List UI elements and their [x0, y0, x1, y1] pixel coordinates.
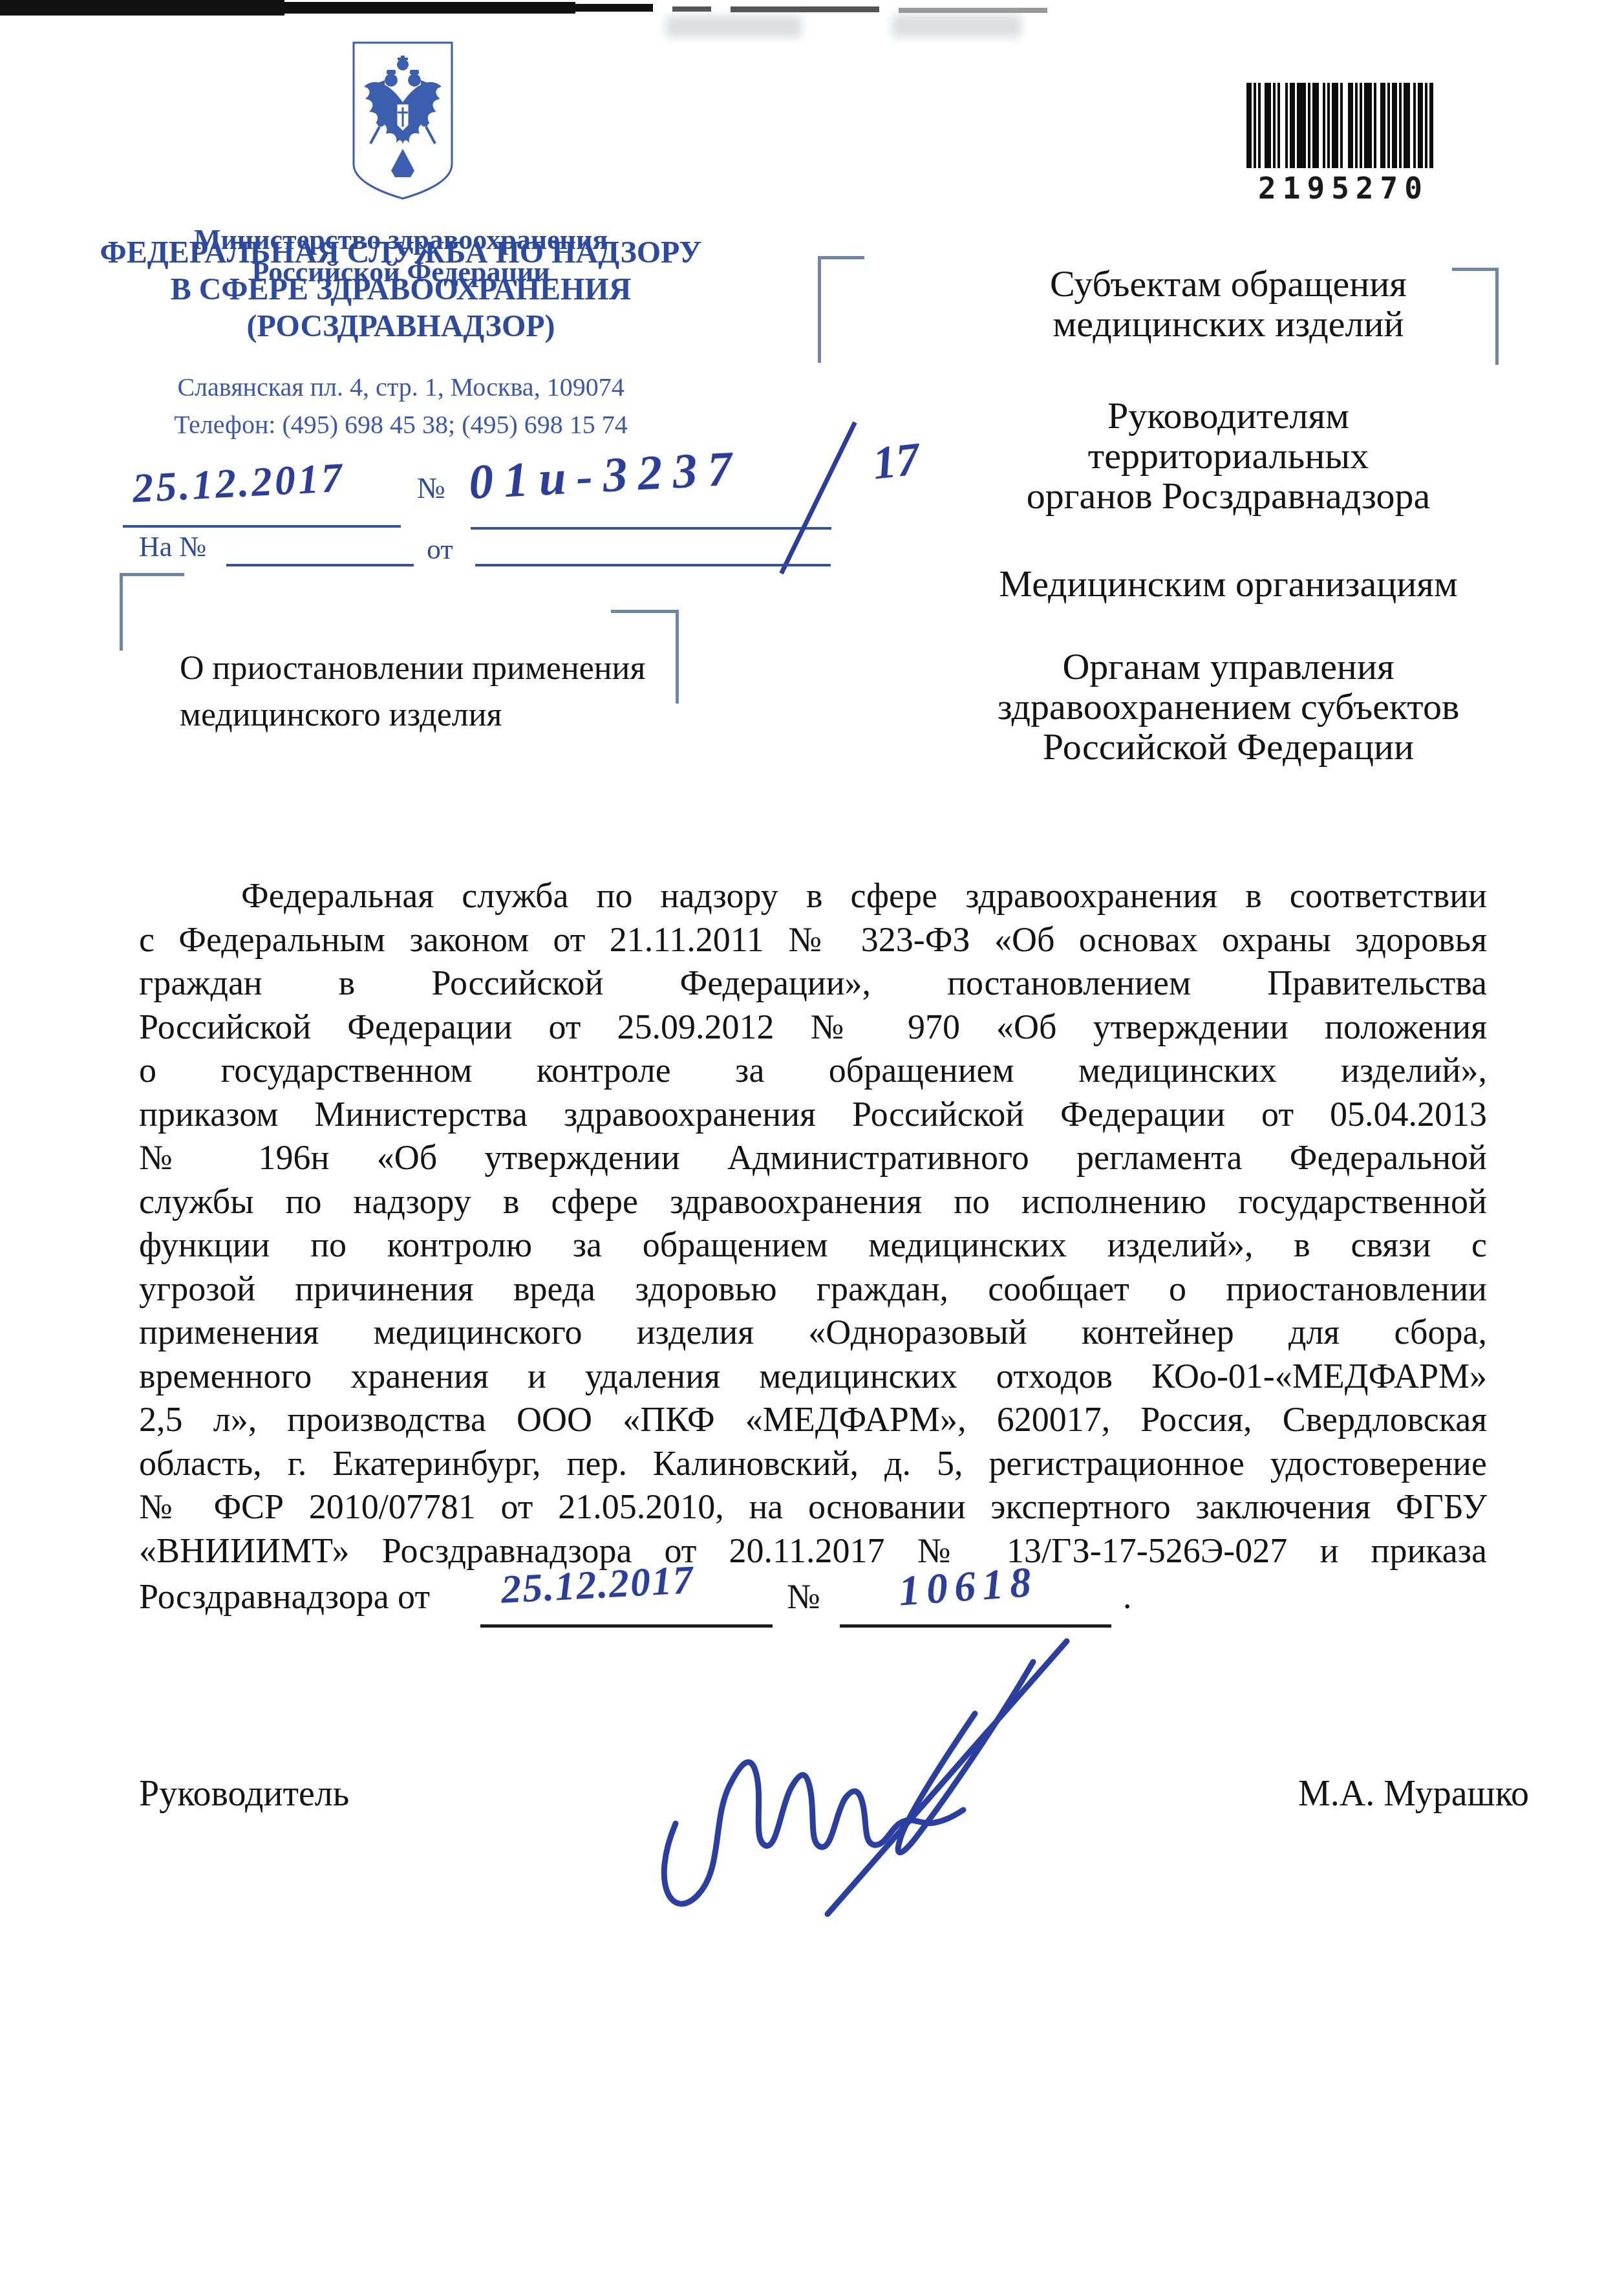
scan-artifact-bar — [0, 0, 284, 16]
addressee-line: Органам управления — [905, 647, 1552, 687]
barcode-bar — [1429, 83, 1433, 168]
barcode-gap — [1280, 83, 1285, 168]
na-no-underline — [226, 564, 414, 566]
service-line: В СФЕРЕ ЗДРАВООХРАНЕНИЯ — [97, 271, 705, 308]
addressee-line: Российской Федерации — [905, 727, 1552, 767]
addressee-line: Медицинским организациям — [905, 564, 1552, 604]
ot-label: от — [427, 533, 453, 566]
barcode-bar — [1348, 83, 1353, 168]
scan-artifact-smudge — [666, 16, 802, 38]
body-line: угрозой причинения вреда здоровью гражда… — [139, 1267, 1487, 1311]
order-number-underline — [840, 1624, 1111, 1628]
addressee-line: Субъектам обращения — [905, 264, 1552, 304]
addressee-bracket-left-icon — [818, 256, 864, 259]
coat-of-arms-emblem — [351, 40, 454, 202]
barcode-bar — [1404, 83, 1410, 168]
barcode-bar — [1380, 83, 1385, 168]
barcode-bar — [1332, 83, 1338, 168]
barcode-bar — [1265, 83, 1271, 168]
addressee-line: территориальных — [905, 436, 1552, 476]
body-line: граждан в Российской Федерации», постано… — [139, 962, 1487, 1006]
body-line: № 196н «Об утверждении Административного… — [139, 1136, 1487, 1180]
handwritten-slash — [779, 422, 857, 575]
scan-artifact-smudge — [892, 14, 1021, 38]
addressee-group: Медицинским организациям — [905, 564, 1552, 604]
order-date-underline — [480, 1624, 773, 1628]
ot-underline — [475, 564, 831, 566]
barcode-bars — [1246, 83, 1433, 168]
service-name: ФЕДЕРАЛЬНАЯ СЛУЖБА ПО НАДЗОРУ В СФЕРЕ ЗД… — [97, 234, 705, 345]
body-line: приказом Министерства здравоохранения Ро… — [139, 1093, 1487, 1137]
body-line: применения медицинского изделия «Однораз… — [139, 1311, 1487, 1355]
body-line: службы по надзору в сфере здравоохранени… — [139, 1180, 1487, 1224]
body-line: 2,5 л», производства ООО «ПКФ «МЕДФАРМ»,… — [139, 1398, 1487, 1442]
addressee-group: Руководителям территориальных органов Ро… — [905, 396, 1552, 516]
body-line: область, г. Екатеринбург, пер. Калиновск… — [139, 1442, 1487, 1486]
body-line: с Федеральным законом от 21.11.2011 № 32… — [139, 918, 1487, 962]
service-line: ФЕДЕРАЛЬНАЯ СЛУЖБА ПО НАДЗОРУ — [97, 234, 705, 271]
body-line: «ВНИИИМТ» Росздравнадзора от 20.11.2017 … — [139, 1529, 1487, 1573]
barcode-bar — [1392, 83, 1397, 168]
barcode-bar — [1312, 83, 1319, 168]
addressee-line: медицинских изделий — [905, 304, 1552, 344]
scanned-letter-page: Министерство здравоохранения Российской … — [0, 0, 1624, 2282]
scan-artifact-dash — [731, 6, 879, 12]
number-sign: № — [787, 1577, 820, 1617]
subject-bracket-right-icon — [611, 610, 679, 613]
barcode-gap — [1343, 83, 1348, 168]
order-date-handwritten: 25.12.2017 — [500, 1557, 695, 1613]
outgoing-number-handwritten: 01и-3237 — [467, 440, 744, 511]
body-line: функции по контролю за обращением медици… — [139, 1223, 1487, 1267]
subject-block: О приостановлении применения медицинског… — [180, 645, 645, 738]
outgoing-date-handwritten: 25.12.2017 — [131, 453, 345, 512]
barcode-bar — [1418, 83, 1423, 168]
scan-artifact-dash — [672, 6, 711, 12]
body-last-line-prefix: Росздравнадзора от — [139, 1577, 430, 1617]
signature-scribble — [614, 1630, 1144, 1940]
barcode: 2195270 — [1246, 76, 1447, 196]
org-address: Славянская пл. 4, стр. 1, Москва, 109074 — [110, 369, 692, 406]
addressee-group: Органам управления здравоохранением субъ… — [905, 647, 1552, 767]
subject-bracket-left-icon — [120, 573, 123, 651]
addressee-line: органов Росздравнадзора — [905, 476, 1552, 516]
date-underline — [123, 525, 401, 528]
subject-line: О приостановлении применения — [180, 645, 645, 692]
body-line: временного хранения и удаления медицинск… — [139, 1355, 1487, 1399]
order-number-handwritten: 10618 — [897, 1558, 1040, 1617]
body-line: Федеральная служба по надзору в сфере зд… — [139, 874, 1487, 918]
number-sign: № — [417, 471, 445, 505]
body-line: Российской Федерации от 25.09.2012 № 970… — [139, 1006, 1487, 1050]
org-contact-block: Славянская пл. 4, стр. 1, Москва, 109074… — [110, 369, 692, 444]
number-underline — [471, 527, 831, 530]
scan-artifact-bar — [569, 4, 653, 12]
addressee-line: Руководителям — [905, 396, 1552, 436]
subject-bracket-left-icon — [120, 573, 184, 576]
scan-artifact-bar — [278, 2, 575, 14]
org-phone: Телефон: (495) 698 45 38; (495) 698 15 7… — [110, 406, 692, 444]
barcode-bar — [1364, 83, 1372, 168]
body-line: о государственном контроле за обращением… — [139, 1049, 1487, 1093]
barcode-bar — [1297, 83, 1306, 168]
na-no-label: На № — [139, 530, 206, 563]
addressee-group: Субъектам обращения медицинских изделий — [905, 264, 1552, 344]
addressee-bracket-left-icon — [818, 256, 821, 363]
addressee-line: здравоохранением субъектов — [905, 687, 1552, 727]
barcode-bar — [1290, 83, 1295, 168]
body-last-line-period: . — [1123, 1577, 1132, 1617]
subject-line: медицинского изделия — [180, 692, 645, 738]
service-line: (РОСЗДРАВНАДЗОР) — [97, 308, 705, 345]
signer-name: М.А. Мурашко — [1257, 1773, 1529, 1814]
barcode-bar — [1246, 83, 1252, 168]
barcode-digits: 2195270 — [1246, 171, 1440, 206]
scan-artifact-dash — [899, 8, 1047, 13]
signer-title: Руководитель — [139, 1773, 349, 1814]
subject-bracket-right-icon — [676, 610, 679, 704]
body-line: № ФСР 2010/07781 от 21.05.2010, на основ… — [139, 1485, 1487, 1529]
body-paragraph: Федеральная служба по надзору в сфере зд… — [139, 874, 1487, 1573]
